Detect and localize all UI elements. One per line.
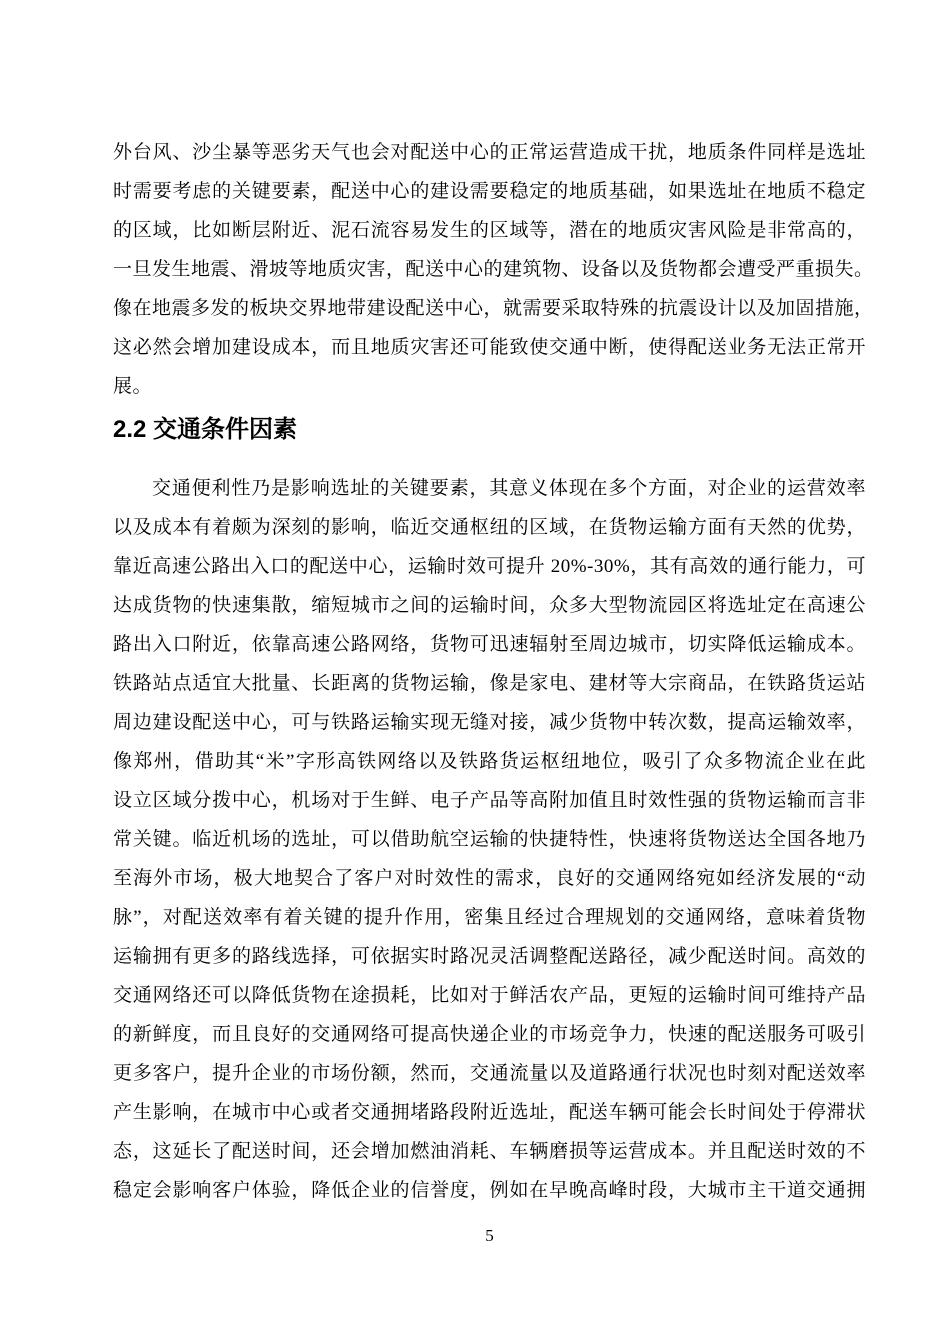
text-line: 的区域，比如断层附近、泥石流容易发生的区域等，潜在的地质灾害风险是非常高的， xyxy=(113,211,866,250)
text-line: 铁路站点适宜大批量、长距离的货物运输，像是家电、建材等大宗商品，在铁路货运站 xyxy=(113,664,866,703)
text-line: 一旦发生地震、滑坡等地质灾害，配送中心的建筑物、设备以及货物都会遭受严重损失。 xyxy=(113,250,866,289)
text-line: 以及成本有着颇为深刻的影响，临近交通枢纽的区域，在货物运输方面有天然的优势， xyxy=(113,508,866,547)
document-page: 外台风、沙尘暴等恶劣天气也会对配送中心的正常运营造成干扰，地质条件同样是选址 时… xyxy=(0,0,950,1344)
text-line: 靠近高速公路出入口的配送中心，运输时效可提升 20%-30%，其有高效的通行能力… xyxy=(113,547,866,586)
text-line: 的新鲜度，而且良好的交通网络可提高快递企业的市场竞争力，快速的配送服务可吸引 xyxy=(113,1015,866,1054)
text-line: 路出入口附近，依靠高速公路网络，货物可迅速辐射至周边城市，切实降低运输成本。 xyxy=(113,625,866,664)
text-line: 交通便利性乃是影响选址的关键要素，其意义体现在多个方面，对企业的运营效率 xyxy=(113,469,866,508)
page-number: 5 xyxy=(113,1224,866,1248)
text-line: 像在地震多发的板块交界地带建设配送中心，就需要采取特殊的抗震设计以及加固措施， xyxy=(113,289,866,328)
text-line: 更多客户，提升企业的市场份额，然而，交通流量以及道路通行状况也时刻对配送效率 xyxy=(113,1054,866,1093)
text-line: 产生影响，在城市中心或者交通拥堵路段附近选址，配送车辆可能会长时间处于停滞状 xyxy=(113,1093,866,1132)
text-line: 运输拥有更多的路线选择，可依据实时路况灵活调整配送路径，减少配送时间。高效的 xyxy=(113,937,866,976)
text-line: 达成货物的快速集散，缩短城市之间的运输时间，众多大型物流园区将选址定在高速公 xyxy=(113,586,866,625)
text-line: 脉”，对配送效率有着关键的提升作用，密集且经过合理规划的交通网络，意味着货物 xyxy=(113,898,866,937)
text-line: 至海外市场，极大地契合了客户对时效性的需求，良好的交通网络宛如经济发展的“动 xyxy=(113,859,866,898)
text-line: 展。 xyxy=(113,367,866,406)
text-line: 常关键。临近机场的选址，可以借助航空运输的快捷特性，快速将货物送达全国各地乃 xyxy=(113,820,866,859)
text-line: 外台风、沙尘暴等恶劣天气也会对配送中心的正常运营造成干扰，地质条件同样是选址 xyxy=(113,133,866,172)
text-line: 周边建设配送中心，可与铁路运输实现无缝对接，减少货物中转次数，提高运输效率， xyxy=(113,703,866,742)
text-line: 稳定会影响客户体验，降低企业的信誉度，例如在早晚高峰时段，大城市主干道交通拥 xyxy=(113,1171,866,1210)
text-line: 时需要考虑的关键要素，配送中心的建设需要稳定的地质基础，如果选址在地质不稳定 xyxy=(113,172,866,211)
paragraph-traffic-conditions: 交通便利性乃是影响选址的关键要素，其意义体现在多个方面，对企业的运营效率 以及成… xyxy=(113,469,866,1210)
text-line: 交通网络还可以降低货物在途损耗，比如对于鲜活农产品，更短的运输时间可维持产品 xyxy=(113,976,866,1015)
text-line: 这必然会增加建设成本，而且地质灾害还可能致使交通中断，使得配送业务无法正常开 xyxy=(113,328,866,367)
paragraph-geology-factors: 外台风、沙尘暴等恶劣天气也会对配送中心的正常运营造成干扰，地质条件同样是选址 时… xyxy=(113,133,866,406)
text-line: 设立区域分拨中心，机场对于生鲜、电子产品等高附加值且时效性强的货物运输而言非 xyxy=(113,781,866,820)
text-line: 像郑州，借助其“米”字形高铁网络以及铁路货运枢纽地位，吸引了众多物流企业在此 xyxy=(113,742,866,781)
section-heading: 2.2 交通条件因素 xyxy=(113,410,866,450)
text-line: 态，这延长了配送时间，还会增加燃油消耗、车辆磨损等运营成本。并且配送时效的不 xyxy=(113,1132,866,1171)
